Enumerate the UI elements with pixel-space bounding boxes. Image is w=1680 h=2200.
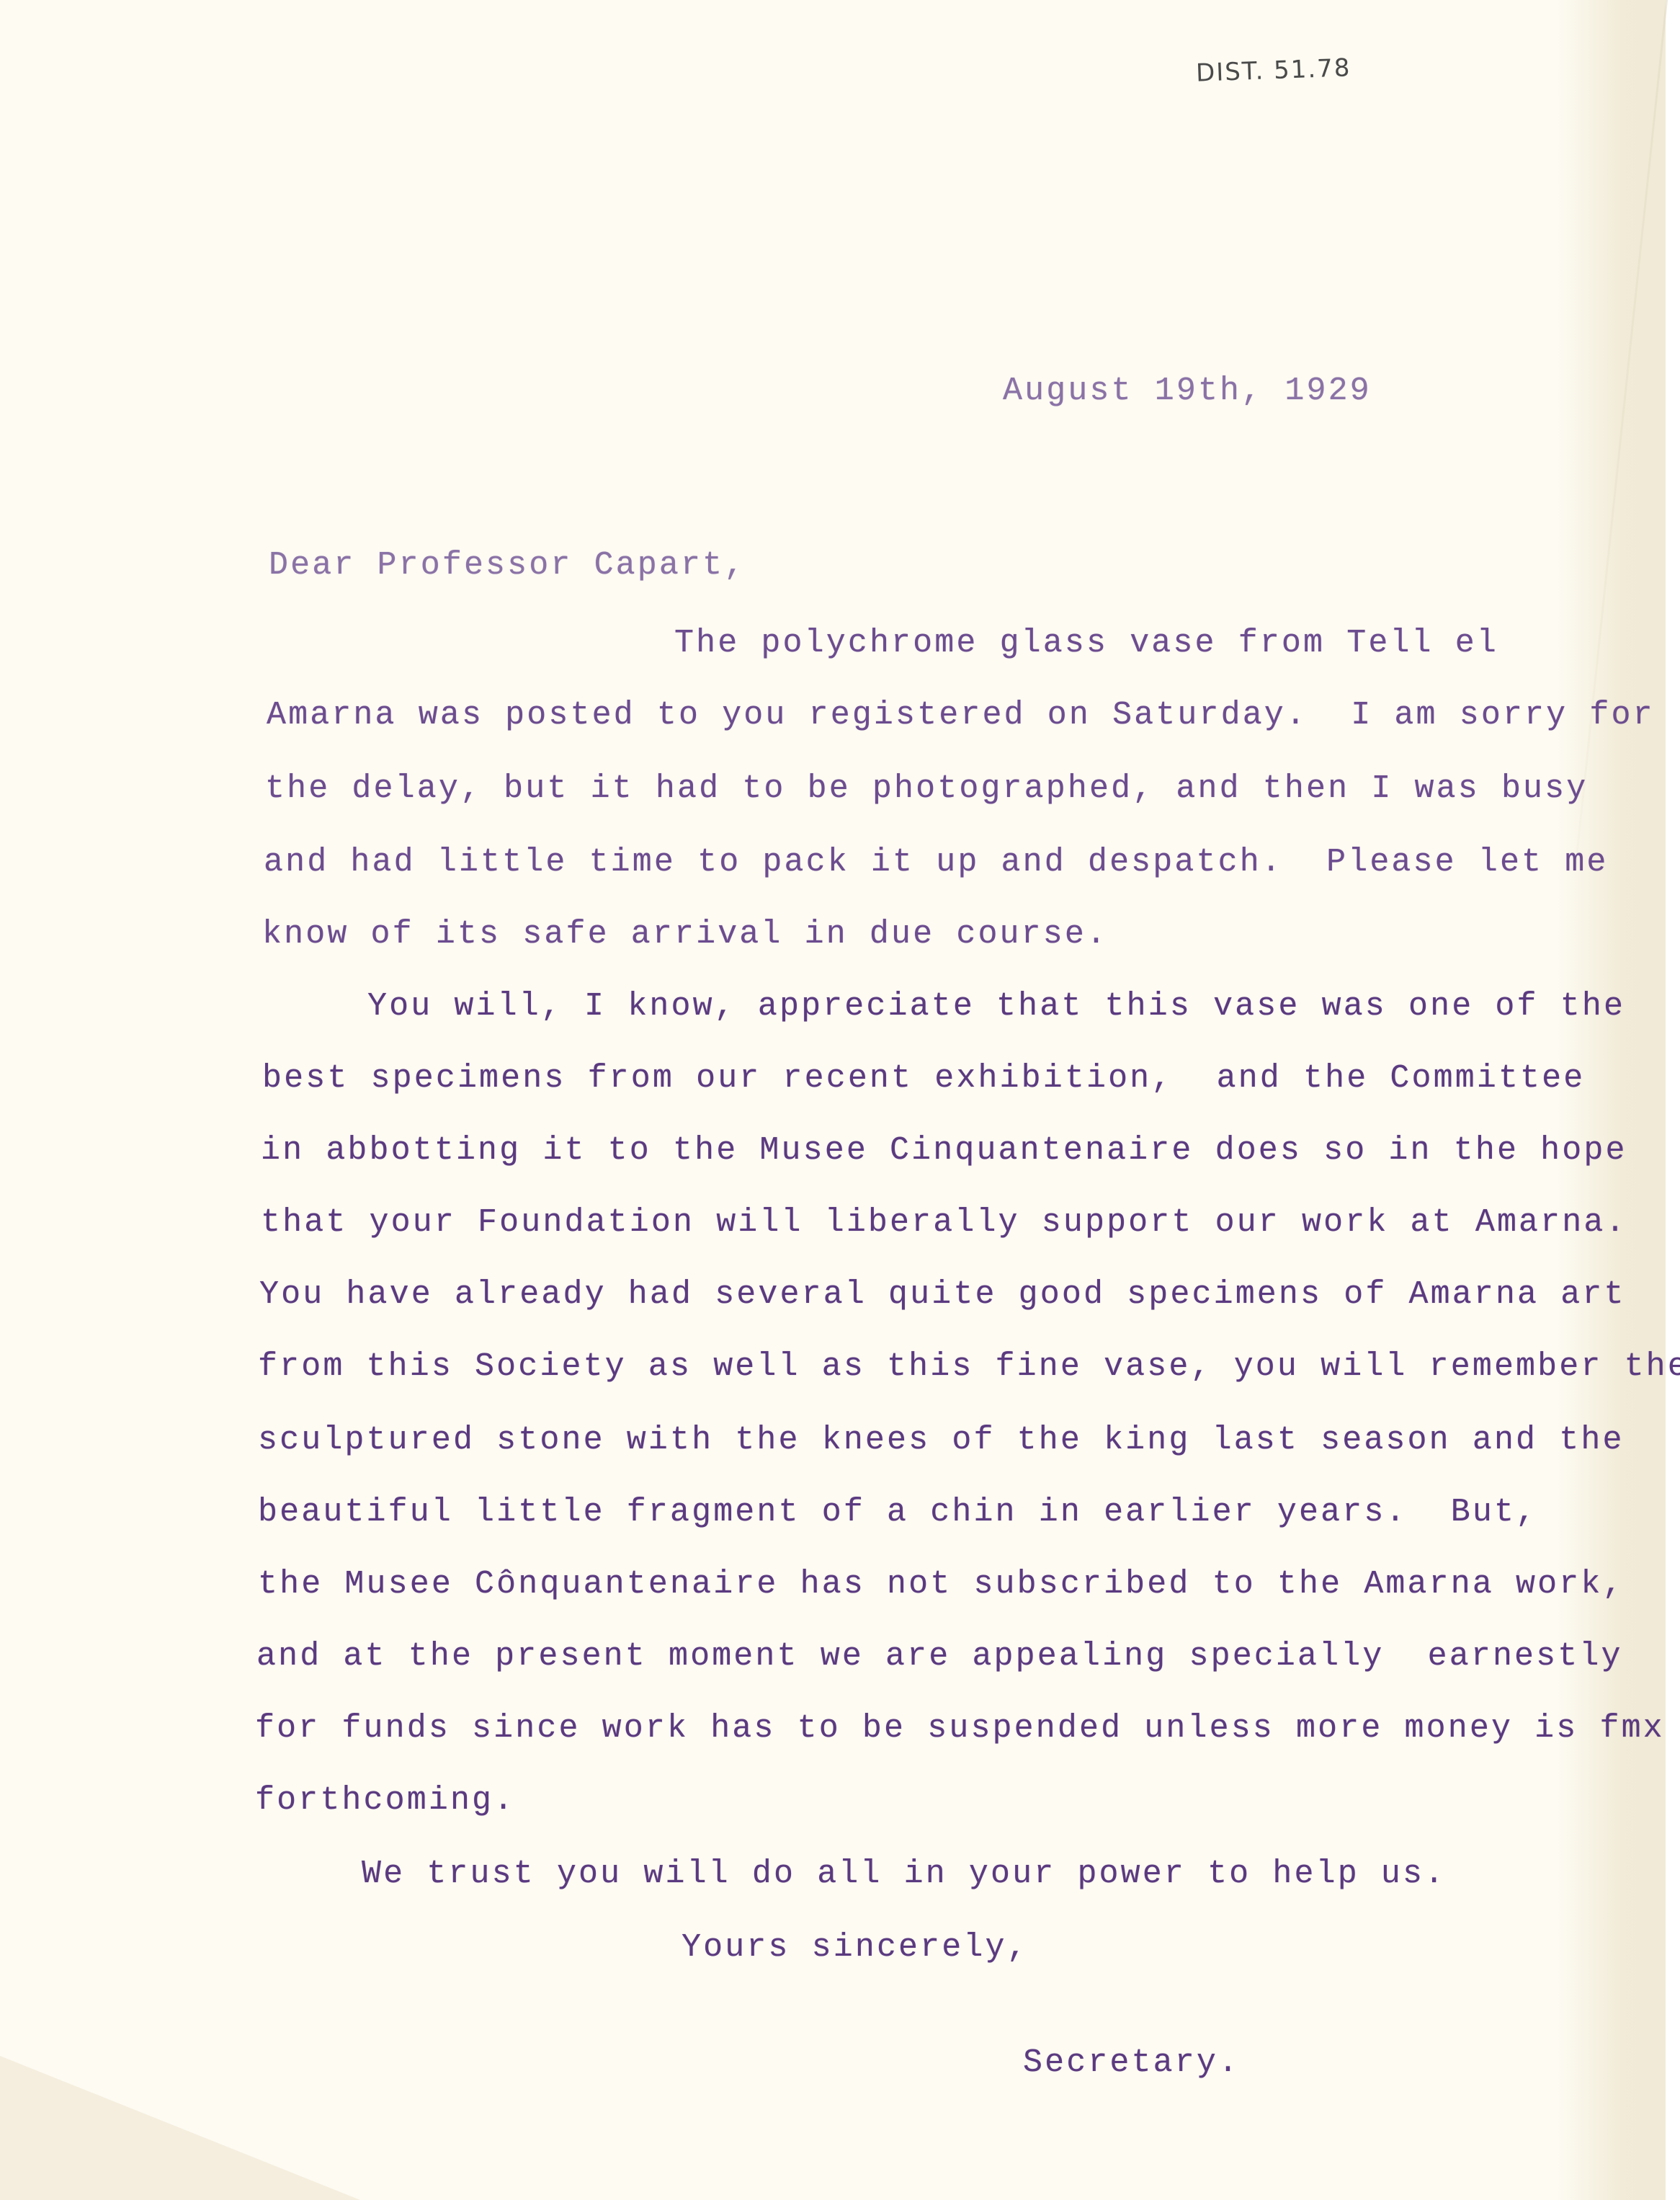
body-line: We trust you will do all in your power t… (362, 1858, 1446, 1890)
body-line: best specimens from our recent exhibitio… (262, 1062, 1585, 1095)
letter-page: DIST. 51.78 August 19th, 1929 Dear Profe… (0, 0, 1666, 2200)
paper-edge (1558, 0, 1666, 2200)
body-line: the delay, but it had to be photographed… (265, 772, 1588, 805)
body-line: and at the present moment we are appeali… (256, 1640, 1623, 1673)
letter-date: August 19th, 1929 (1003, 375, 1372, 407)
body-line: the Musee Cônquantenaire has not subscri… (258, 1568, 1625, 1600)
signature-title: Secretary. (1023, 2047, 1240, 2079)
body-line: The polychrome glass vase from Tell el (674, 627, 1498, 659)
closing: Yours sincerely, (682, 1931, 1029, 1964)
body-line: and had little time to pack it up and de… (264, 846, 1608, 878)
archive-reference-note: DIST. 51.78 (1195, 53, 1351, 87)
body-line: beautiful little fragment of a chin in e… (258, 1496, 1537, 1528)
body-line: You have already had several quite good … (259, 1278, 1626, 1311)
body-line: sculptured stone with the knees of the k… (258, 1424, 1625, 1456)
body-line: that your Foundation will liberally supp… (261, 1206, 1627, 1239)
body-line: know of its safe arrival in due course. (262, 918, 1108, 950)
body-line: from this Society as well as this fine v… (258, 1350, 1680, 1383)
body-line: for funds since work has to be suspended… (255, 1712, 1665, 1745)
body-line: Amarna was posted to you registered on S… (267, 699, 1655, 731)
body-line: You will, I know, appreciate that this v… (367, 990, 1625, 1023)
folded-corner (0, 2056, 360, 2200)
salutation: Dear Professor Capart, (269, 549, 746, 582)
body-line: in abbotting it to the Musee Cinquantena… (261, 1134, 1627, 1167)
body-line: forthcoming. (255, 1784, 515, 1817)
